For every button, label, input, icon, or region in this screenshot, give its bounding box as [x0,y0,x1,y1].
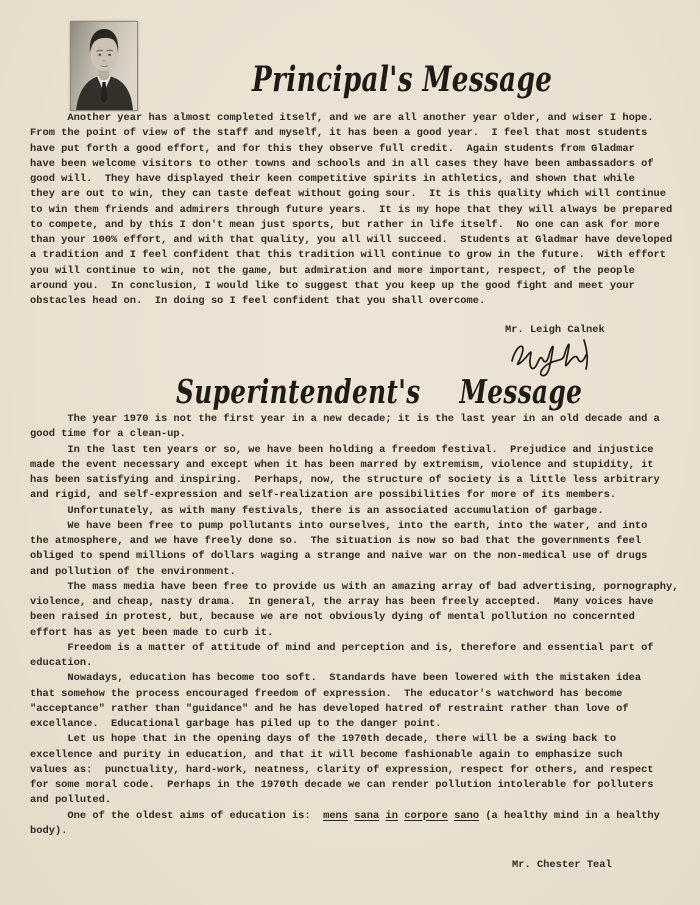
text-line: Nowadays, education has become too soft.… [30,671,692,686]
superintendent-title-word1: Superintendent's [176,372,421,411]
principal-message-body: Another year has almost completed itself… [30,111,692,309]
text-line: excellence and purity in education, and … [30,748,692,763]
text-line: than your 100% effort, and with that qua… [30,233,692,248]
text-segment: sano [454,810,479,822]
text-line: and polluted. [30,793,692,808]
text-line: and rigid, and self-expression and self-… [30,488,692,503]
text-line: have been welcome visitors to other town… [30,157,692,172]
principal-portrait-photo [70,21,138,111]
text-line: "acceptance" rather than "guidance" and … [30,702,692,717]
superintendent-title-word2: Message [460,372,583,411]
text-line: From the point of view of the staff and … [30,126,692,141]
text-line: The mass media have been free to provide… [30,580,692,595]
text-line: around you. In conclusion, I would like … [30,279,692,294]
text-line: have put forth a good effort, and for th… [30,142,692,157]
text-line: the atmosphere, and we have freely done … [30,534,692,549]
text-line: has been satisfying and inspiring. Perha… [30,473,692,488]
text-segment: One of the oldest aims of education is: [30,810,323,822]
text-line: obstacles head on. In doing so I feel co… [30,294,692,309]
text-line: that somehow the process encouraged free… [30,687,692,702]
text-line: One of the oldest aims of education is: … [30,809,692,824]
text-line: excellance. Educational garbage has pile… [30,717,692,732]
text-line: values as: punctuality, hard-work, neatn… [30,763,692,778]
text-line: effort has as yet been made to curb it. [30,626,692,641]
principal-message-title: Principal's Message [252,59,552,100]
text-segment: sana [354,810,379,822]
portrait-icon [71,22,137,110]
superintendent-message-title: Superintendent's Message [176,372,582,411]
text-segment: (a healthy mind in a healthy [479,810,660,822]
text-line: body). [30,824,692,839]
text-line: Freedom is a matter of attitude of mind … [30,641,692,656]
yearbook-page: Principal's Message Another year has alm… [0,0,700,905]
text-line: and pollution of the environment. [30,565,692,580]
text-line: to compete, and by this I don't mean jus… [30,218,692,233]
text-line: good will. They have displayed their kee… [30,172,692,187]
text-line: Another year has almost completed itself… [30,111,692,126]
text-segment: corpore [404,810,448,822]
text-line: education. [30,656,692,671]
text-line: been raised in protest, but, because we … [30,610,692,625]
superintendent-message-body: The year 1970 is not the first year in a… [30,412,692,839]
text-line: made the event necessary and except when… [30,458,692,473]
text-line: Unfortunately, as with many festivals, t… [30,504,692,519]
text-line: to win them friends and admirers through… [30,203,692,218]
text-segment: mens [323,810,348,822]
text-line: obliged to spend millions of dollars wag… [30,549,692,564]
text-segment: in [385,810,397,822]
text-line: The year 1970 is not the first year in a… [30,412,692,427]
text-line: Let us hope that in the opening days of … [30,732,692,747]
text-line: good time for a clean-up. [30,427,692,442]
text-line: for some moral code. Perhaps in the 1970… [30,778,692,793]
text-line: In the last ten years or so, we have bee… [30,443,692,458]
text-line: a tradition and I feel confident that th… [30,248,692,263]
text-line: they are out to win, they can taste defe… [30,187,692,202]
text-line: violence, and cheap, nasty drama. In gen… [30,595,692,610]
text-line: you will continue to win, not the game, … [30,264,692,279]
superintendent-name: Mr. Chester Teal [512,859,612,871]
text-line: We have been free to pump pollutants int… [30,519,692,534]
